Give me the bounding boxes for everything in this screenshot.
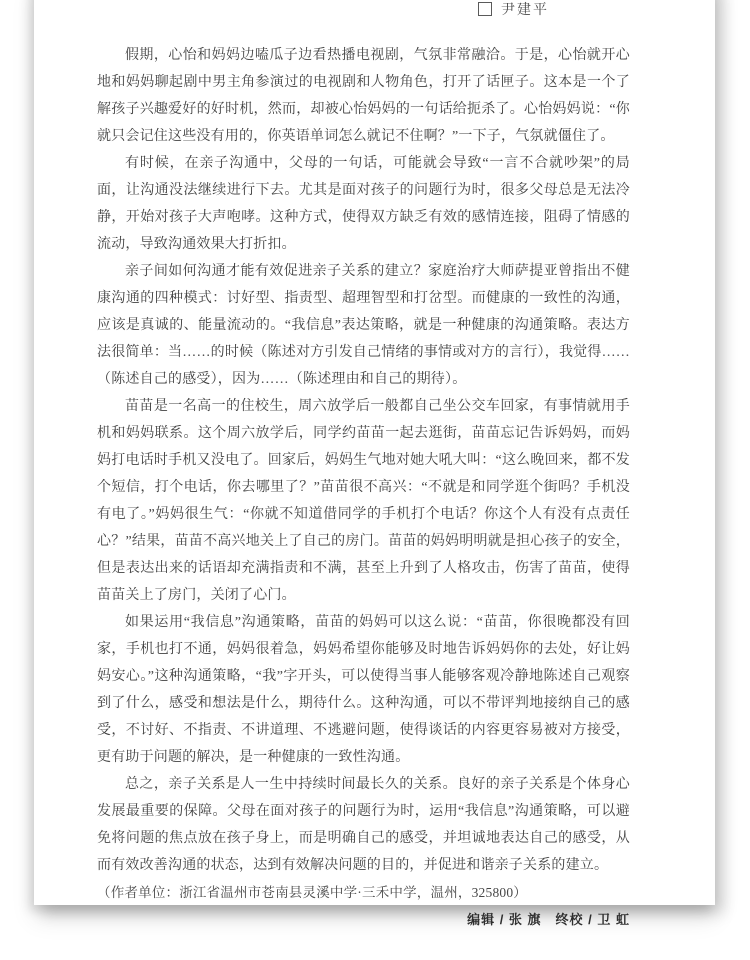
document-viewer-canvas: 尹建平 假期，心怡和妈妈边嗑瓜子边看热播电视剧，气氛非常融洽。于是，心怡就开心地…	[0, 0, 750, 960]
body-paragraph: 亲子间如何沟通才能有效促进亲子关系的建立？家庭治疗大师萨提亚曾指出不健康沟通的四…	[97, 258, 630, 393]
body-paragraph: 如果运用“我信息”沟通策略，苗苗的妈妈可以这么说：“苗苗，你很晚都没有回家，手机…	[97, 609, 630, 771]
article-body: 假期，心怡和妈妈边嗑瓜子边看热播电视剧，气氛非常融洽。于是，心怡就开心地和妈妈聊…	[97, 42, 630, 879]
editor-credits: 编辑 / 张 旗 终校 / 卫 虹	[97, 906, 630, 933]
body-paragraph: 有时候，在亲子沟通中，父母的一句话，可能就会导致“一言不合就吵架”的局面，让沟通…	[97, 150, 630, 258]
page-content: 尹建平 假期，心怡和妈妈边嗑瓜子边看热播电视剧，气氛非常融洽。于是，心怡就开心地…	[34, 0, 715, 933]
author-name: 尹建平	[501, 0, 549, 19]
magazine-page: 尹建平 假期，心怡和妈妈边嗑瓜子边看热播电视剧，气氛非常融洽。于是，心怡就开心地…	[34, 0, 715, 905]
body-paragraph: 总之，亲子关系是人一生中持续时间最长久的关系。良好的亲子关系是个体身心发展最重要…	[97, 771, 630, 879]
author-bullet-icon	[478, 2, 492, 16]
author-row: 尹建平	[478, 0, 630, 18]
body-paragraph: 苗苗是一名高一的住校生，周六放学后一般都自己坐公交车回家，有事情就用手机和妈妈联…	[97, 393, 630, 609]
body-paragraph: 假期，心怡和妈妈边嗑瓜子边看热播电视剧，气氛非常融洽。于是，心怡就开心地和妈妈聊…	[97, 42, 630, 150]
author-affiliation: （作者单位：浙江省温州市苍南县灵溪中学·三禾中学，温州，325800）	[97, 879, 630, 906]
